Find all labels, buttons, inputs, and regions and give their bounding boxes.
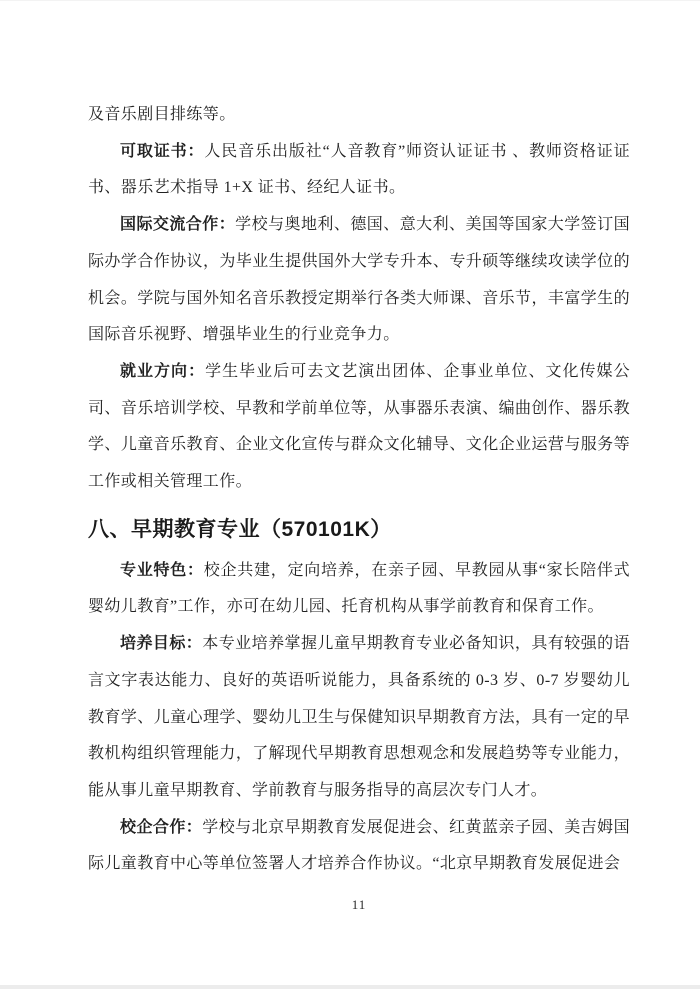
paragraph-label: 国际交流合作： — [120, 216, 235, 233]
paragraph-text: 及音乐剧目排练等。 — [88, 106, 236, 123]
section-heading: 八、早期教育专业（570101K） — [88, 509, 630, 551]
body-paragraph: 就业方向：学生毕业后可去文艺演出团体、企事业单位、文化传媒公司、音乐培训学校、早… — [88, 354, 630, 501]
body-paragraph: 专业特色：校企共建，定向培养，在亲子园、早教园从事“家长陪伴式婴幼儿教育”工作，… — [88, 553, 630, 626]
document-page: 及音乐剧目排练等。 可取证书：人民音乐出版社“人音教育”师资认证证书 、教师资格… — [0, 0, 700, 989]
body-paragraph: 培养目标：本专业培养掌握儿童早期教育专业必备知识，具有较强的语言文字表达能力、良… — [88, 626, 630, 810]
paragraph-label: 校企合作： — [120, 819, 202, 836]
body-paragraph: 及音乐剧目排练等。 — [88, 97, 630, 134]
paragraph-text: 本专业培养掌握儿童早期教育专业必备知识，具有较强的语言文字表达能力、良好的英语听… — [88, 635, 630, 799]
document-body: 及音乐剧目排练等。 可取证书：人民音乐出版社“人音教育”师资认证证书 、教师资格… — [88, 1, 630, 883]
body-paragraph: 校企合作：学校与北京早期教育发展促进会、红黄蓝亲子园、美吉姆国际儿童教育中心等单… — [88, 810, 630, 883]
paragraph-text: 学生毕业后可去文艺演出团体、企事业单位、文化传媒公司、音乐培训学校、早教和学前单… — [88, 363, 630, 490]
paragraph-label: 可取证书： — [120, 143, 204, 160]
paragraph-label: 就业方向： — [120, 363, 205, 380]
paragraph-text: 学校与奥地利、德国、意大利、美国等国家大学签订国际办学合作协议，为毕业生提供国外… — [88, 216, 630, 343]
body-paragraph: 可取证书：人民音乐出版社“人音教育”师资认证证书 、教师资格证证书、器乐艺术指导… — [88, 134, 630, 207]
paragraph-label: 培养目标： — [120, 635, 202, 652]
body-paragraph: 国际交流合作：学校与奥地利、德国、意大利、美国等国家大学签订国际办学合作协议，为… — [88, 207, 630, 354]
page-number: 11 — [88, 897, 630, 913]
paragraph-label: 专业特色： — [120, 562, 204, 579]
